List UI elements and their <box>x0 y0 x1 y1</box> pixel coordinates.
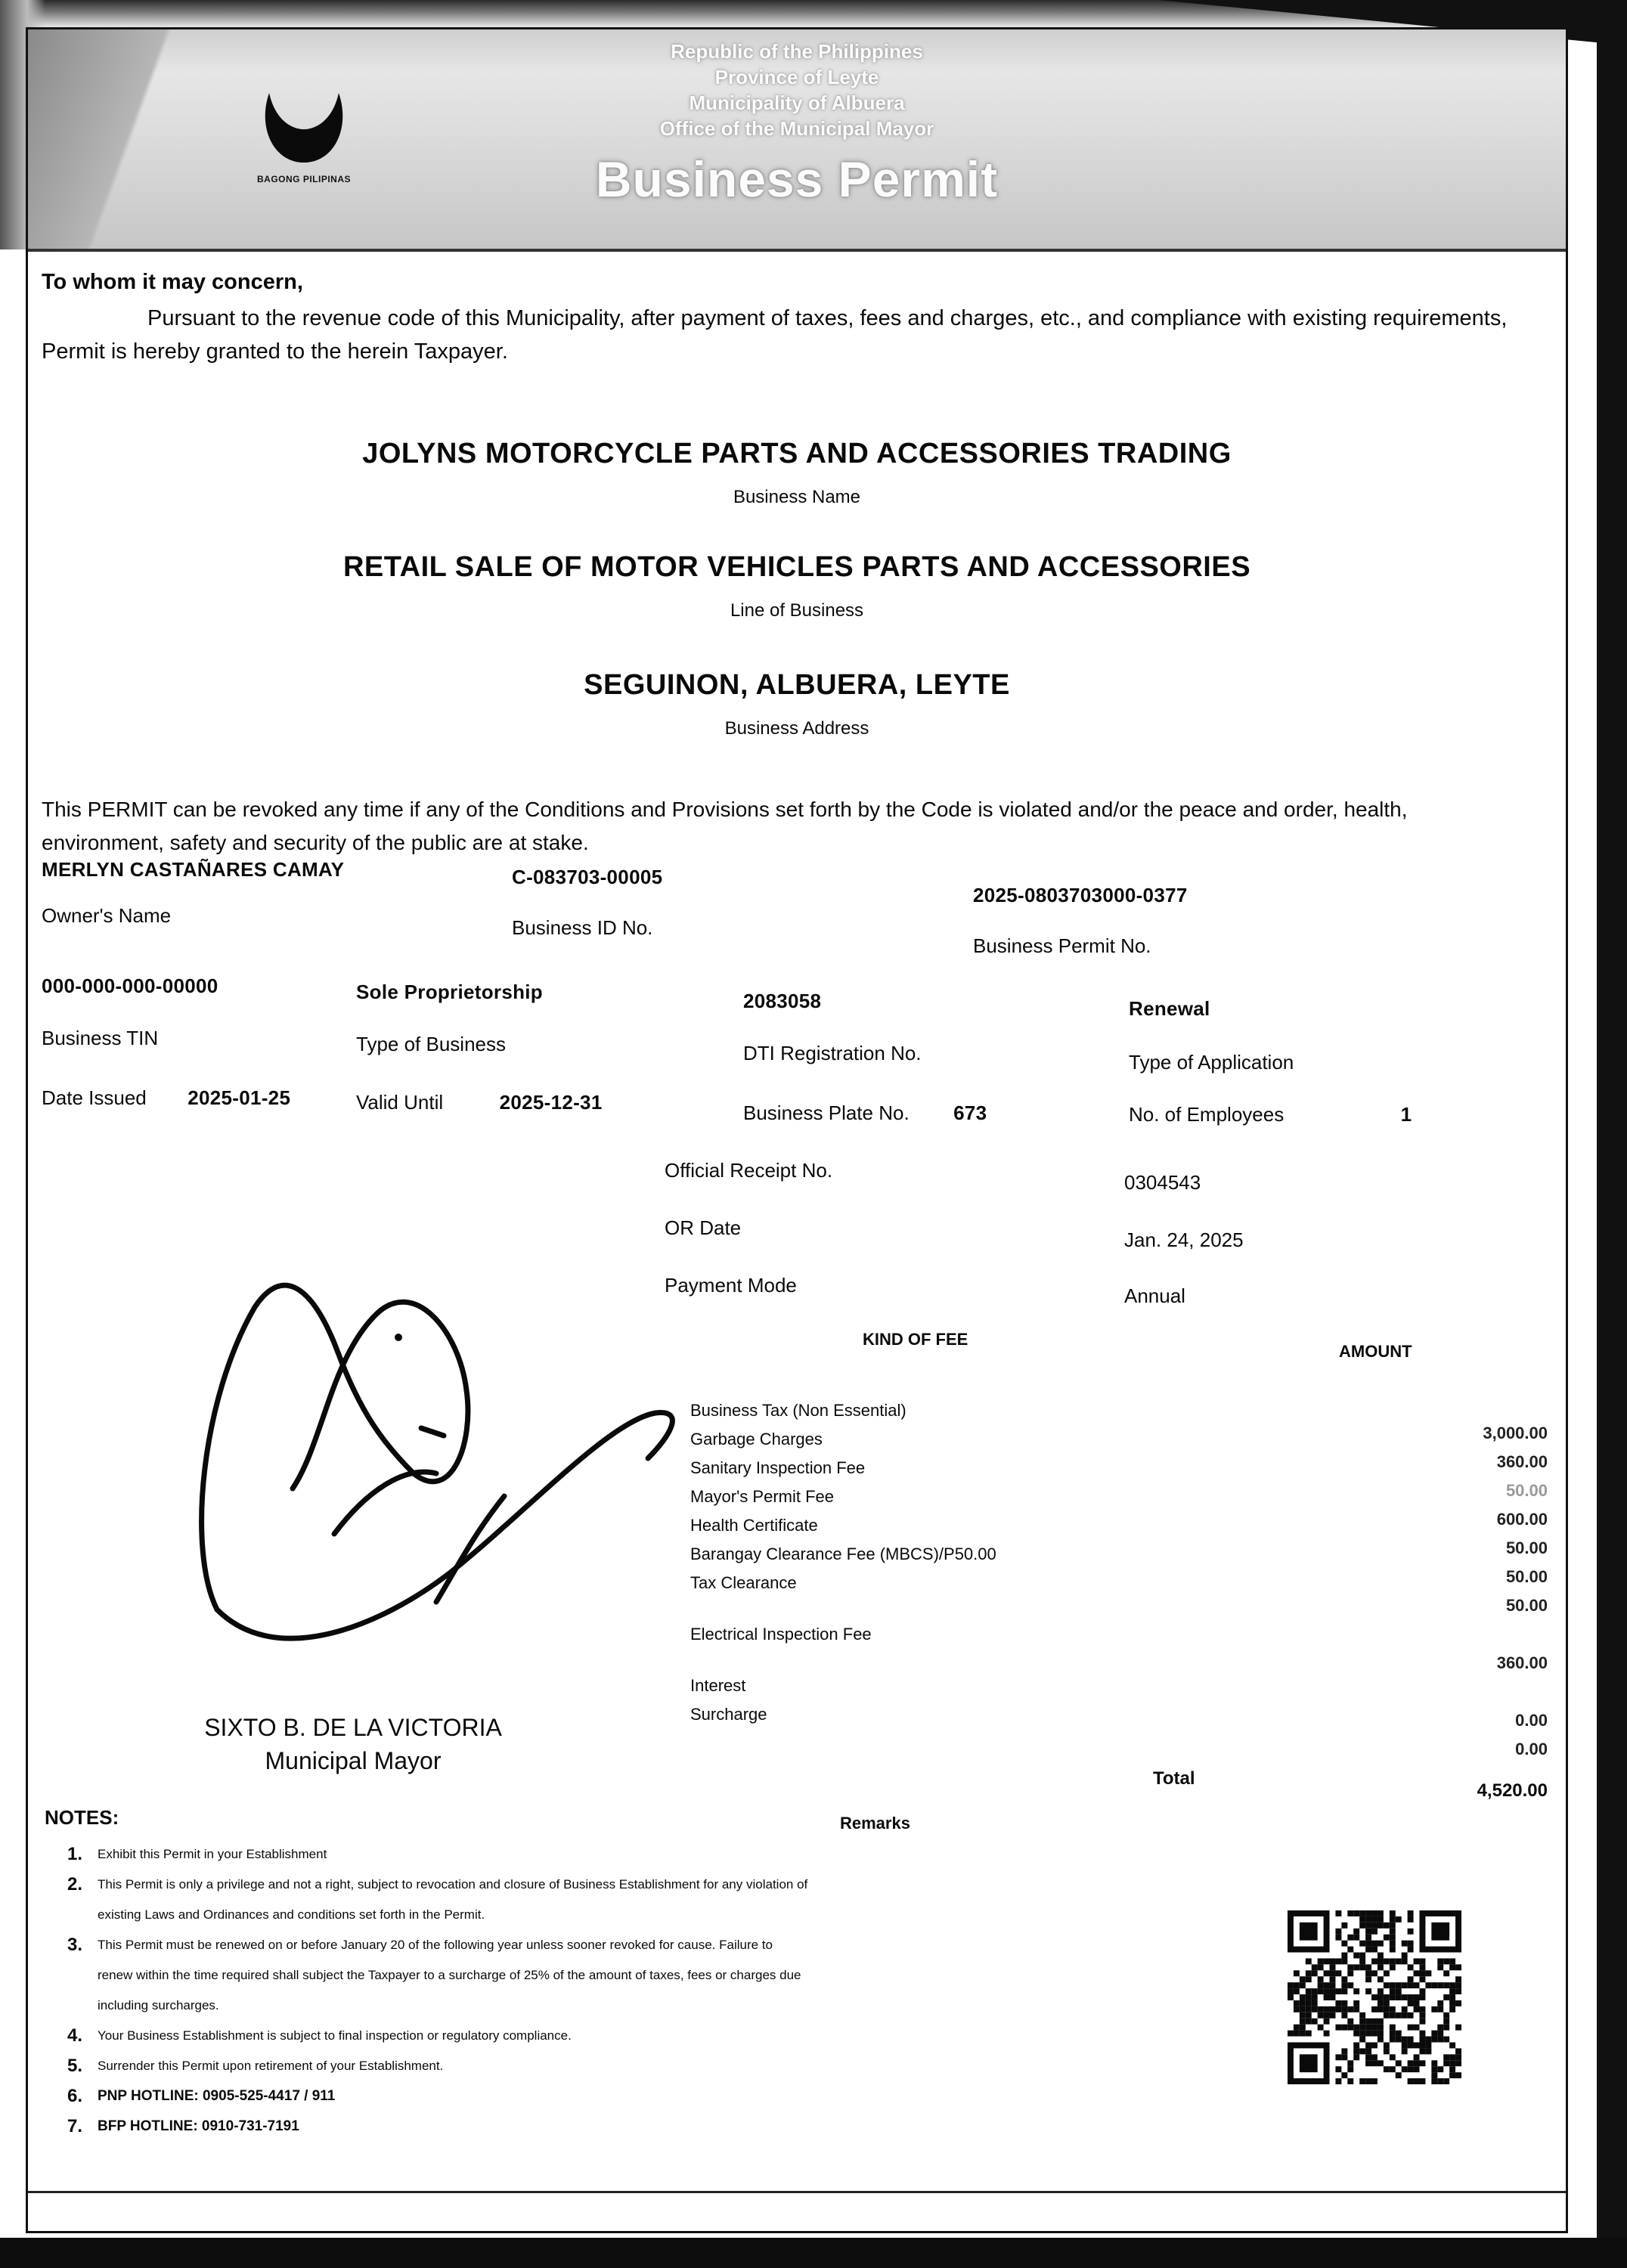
fee-item: Interest <box>690 1672 962 1700</box>
or-date-value: Jan. 24, 2025 <box>1124 1228 1244 1251</box>
application-type-label: Type of Application <box>1129 1051 1294 1074</box>
note-text: PNP HOTLINE: 0905-525-4417 / 911 <box>98 2088 335 2104</box>
application-type-field: Renewal Type of Application <box>1129 997 1294 1074</box>
mayor-title: Municipal Mayor <box>194 1747 512 1775</box>
scan-edge-bottom <box>0 2238 1627 2268</box>
scan-edge-right <box>1597 30 1627 2268</box>
total-label: Total <box>1153 1768 1195 1789</box>
remarks-label: Remarks <box>840 1814 910 1833</box>
type-of-business-value: Sole Proprietorship <box>356 981 543 1004</box>
application-type-value: Renewal <box>1129 997 1294 1021</box>
type-of-business-label: Type of Business <box>356 1033 543 1056</box>
permit-sheet: BAGONG PILIPINAS Republic of the Philipp… <box>26 27 1568 2233</box>
amount-list: 3,000.00 360.00 50.00 600.00 50.00 50.00… <box>1359 1419 1548 1764</box>
greeting: To whom it may concern, <box>42 270 303 295</box>
tin-value: 000-000-000-00000 <box>42 974 218 998</box>
fee-amount: 360.00 <box>1359 1448 1548 1476</box>
business-id-value: C-083703-00005 <box>512 866 662 889</box>
date-issued-label: Date Issued <box>42 1086 147 1109</box>
permit-no-value: 2025-0803703000-0377 <box>973 884 1188 907</box>
header-line-office: Office of the Municipal Mayor <box>28 116 1566 141</box>
owner-name-value: MERLYN CASTAÑARES CAMAY <box>42 858 344 881</box>
or-date-label-wrap: OR Date <box>665 1216 741 1240</box>
business-id-field: C-083703-00005 Business ID No. <box>512 866 662 940</box>
type-of-business-field: Sole Proprietorship Type of Business <box>356 981 543 1056</box>
business-name: JOLYNS MOTORCYCLE PARTS AND ACCESSORIES … <box>28 438 1566 470</box>
or-no-label-wrap: Official Receipt No. <box>665 1159 832 1182</box>
tin-field: 000-000-000-00000 Business TIN <box>42 974 218 1050</box>
fee-item: Barangay Clearance Fee (MBCS)/P50.00 <box>690 1540 962 1569</box>
revocation-clause: This PERMIT can be revoked any time if a… <box>42 793 1523 860</box>
fee-item: Garbage Charges <box>690 1425 962 1454</box>
or-date-value-wrap: Jan. 24, 2025 <box>1124 1228 1244 1252</box>
header-line-republic: Republic of the Philippines <box>28 39 1566 64</box>
dti-field: 2083058 DTI Registration No. <box>743 990 922 1065</box>
line-of-business-block: RETAIL SALE OF MOTOR VEHICLES PARTS AND … <box>28 551 1566 621</box>
business-address-block: SEGUINON, ALBUERA, LEYTE Business Addres… <box>28 669 1566 739</box>
fee-amount: 600.00 <box>1359 1505 1548 1534</box>
fee-item: Business Tax (Non Essential) <box>690 1396 962 1425</box>
note-text: Your Business Establishment is subject t… <box>98 2028 572 2043</box>
or-no-value: 0304543 <box>1124 1171 1201 1194</box>
line-of-business: RETAIL SALE OF MOTOR VEHICLES PARTS AND … <box>28 551 1566 584</box>
note-number: 2. <box>67 1870 82 1900</box>
fee-amount: 0.00 <box>1359 1706 1548 1735</box>
fee-amount: 50.00 <box>1359 1476 1548 1505</box>
or-no-label: Official Receipt No. <box>665 1159 832 1182</box>
note-item: 5.Surrender this Permit upon retirement … <box>67 2051 808 2081</box>
fee-amount: 0.00 <box>1359 1735 1548 1764</box>
note-item-pnp-hotline: 6.PNP HOTLINE: 0905-525-4417 / 911 <box>67 2081 808 2112</box>
note-text: This Permit is only a privilege and not … <box>98 1877 807 1922</box>
header-titles: Republic of the Philippines Province of … <box>28 39 1566 209</box>
note-item-bfp-hotline: 7.BFP HOTLINE: 0910-731-7191 <box>67 2112 808 2142</box>
owner-name-label: Owner's Name <box>42 904 344 928</box>
qr-code-icon <box>1288 1910 1461 2084</box>
header-banner: BAGONG PILIPINAS Republic of the Philipp… <box>28 29 1566 252</box>
employees-value: 1 <box>1401 1103 1412 1126</box>
or-date-label: OR Date <box>665 1216 741 1239</box>
mayor-signature <box>187 1247 716 1670</box>
intro-paragraph: Pursuant to the revenue code of this Mun… <box>42 302 1516 368</box>
note-item: 4.Your Business Establishment is subject… <box>67 2021 808 2051</box>
note-item: 2.This Permit is only a privilege and no… <box>67 1870 808 1930</box>
permit-no-label: Business Permit No. <box>973 934 1188 958</box>
fee-list: Business Tax (Non Essential) Garbage Cha… <box>690 1396 962 1729</box>
note-item: 3.This Permit must be renewed on or befo… <box>67 1930 808 2021</box>
valid-until-label: Valid Until <box>356 1091 443 1114</box>
owner-name-field: MERLYN CASTAÑARES CAMAY Owner's Name <box>42 858 344 928</box>
payment-mode-value: Annual <box>1124 1284 1185 1307</box>
note-number: 1. <box>67 1839 82 1870</box>
note-text: This Permit must be renewed on or before… <box>98 1938 801 2012</box>
fee-amount: 50.00 <box>1359 1591 1548 1620</box>
fee-item: Tax Clearance <box>690 1569 962 1597</box>
note-number: 3. <box>67 1930 82 1960</box>
note-text: BFP HOTLINE: 0910-731-7191 <box>98 2118 299 2134</box>
fee-amount: 360.00 <box>1359 1649 1548 1678</box>
valid-until-value: 2025-12-31 <box>500 1091 603 1114</box>
fee-item: Health Certificate <box>690 1511 962 1540</box>
fee-item: Electrical Inspection Fee <box>690 1620 962 1649</box>
notes-list: 1.Exhibit this Permit in your Establishm… <box>67 1839 808 2142</box>
note-number: 7. <box>67 2112 82 2142</box>
header-line-province: Province of Leyte <box>28 64 1566 90</box>
business-address: SEGUINON, ALBUERA, LEYTE <box>28 669 1566 702</box>
note-text: Surrender this Permit upon retirement of… <box>98 2059 443 2073</box>
header-line-municipality: Municipality of Albuera <box>28 90 1566 116</box>
payment-mode-value-wrap: Annual <box>1124 1284 1185 1308</box>
dti-value: 2083058 <box>743 990 922 1013</box>
fee-item: Sanitary Inspection Fee <box>690 1454 962 1483</box>
bottom-rule <box>28 2191 1566 2193</box>
note-number: 6. <box>67 2081 82 2112</box>
kind-of-fee-header: KIND OF FEE <box>863 1330 968 1349</box>
date-issued-field: Date Issued 2025-01-25 <box>42 1086 290 1110</box>
total-amount: 4,520.00 <box>1477 1780 1548 1802</box>
business-name-block: JOLYNS MOTORCYCLE PARTS AND ACCESSORIES … <box>28 438 1566 508</box>
mayor-name: SIXTO B. DE LA VICTORIA <box>194 1714 512 1742</box>
business-id-label: Business ID No. <box>512 916 662 940</box>
business-address-caption: Business Address <box>28 718 1566 739</box>
plate-no-value: 673 <box>953 1101 987 1124</box>
fee-amount: 50.00 <box>1359 1563 1548 1591</box>
note-number: 5. <box>67 2051 82 2081</box>
dti-label: DTI Registration No. <box>743 1042 922 1065</box>
amount-header: AMOUNT <box>1339 1342 1412 1362</box>
date-issued-value: 2025-01-25 <box>187 1086 290 1109</box>
employees-label: No. of Employees <box>1129 1103 1284 1126</box>
notes-title: NOTES: <box>45 1806 119 1830</box>
fee-amount: 3,000.00 <box>1359 1419 1548 1448</box>
line-of-business-caption: Line of Business <box>28 600 1566 621</box>
employees-field: No. of Employees 1 <box>1129 1103 1412 1126</box>
fee-item: Mayor's Permit Fee <box>690 1483 962 1511</box>
plate-no-field: Business Plate No. 673 <box>743 1101 987 1125</box>
note-number: 4. <box>67 2021 82 2051</box>
plate-no-label: Business Plate No. <box>743 1101 910 1124</box>
or-no-value-wrap: 0304543 <box>1124 1171 1201 1194</box>
tin-label: Business TIN <box>42 1027 218 1050</box>
document-title: Business Permit <box>28 149 1566 209</box>
fee-item: Surcharge <box>690 1700 962 1729</box>
note-text: Exhibit this Permit in your Establishmen… <box>98 1847 327 1861</box>
permit-no-field: 2025-0803703000-0377 Business Permit No. <box>973 884 1188 958</box>
fee-amount: 50.00 <box>1359 1534 1548 1563</box>
valid-until-field: Valid Until 2025-12-31 <box>356 1091 603 1114</box>
business-name-caption: Business Name <box>28 487 1566 508</box>
note-item: 1.Exhibit this Permit in your Establishm… <box>67 1839 808 1870</box>
